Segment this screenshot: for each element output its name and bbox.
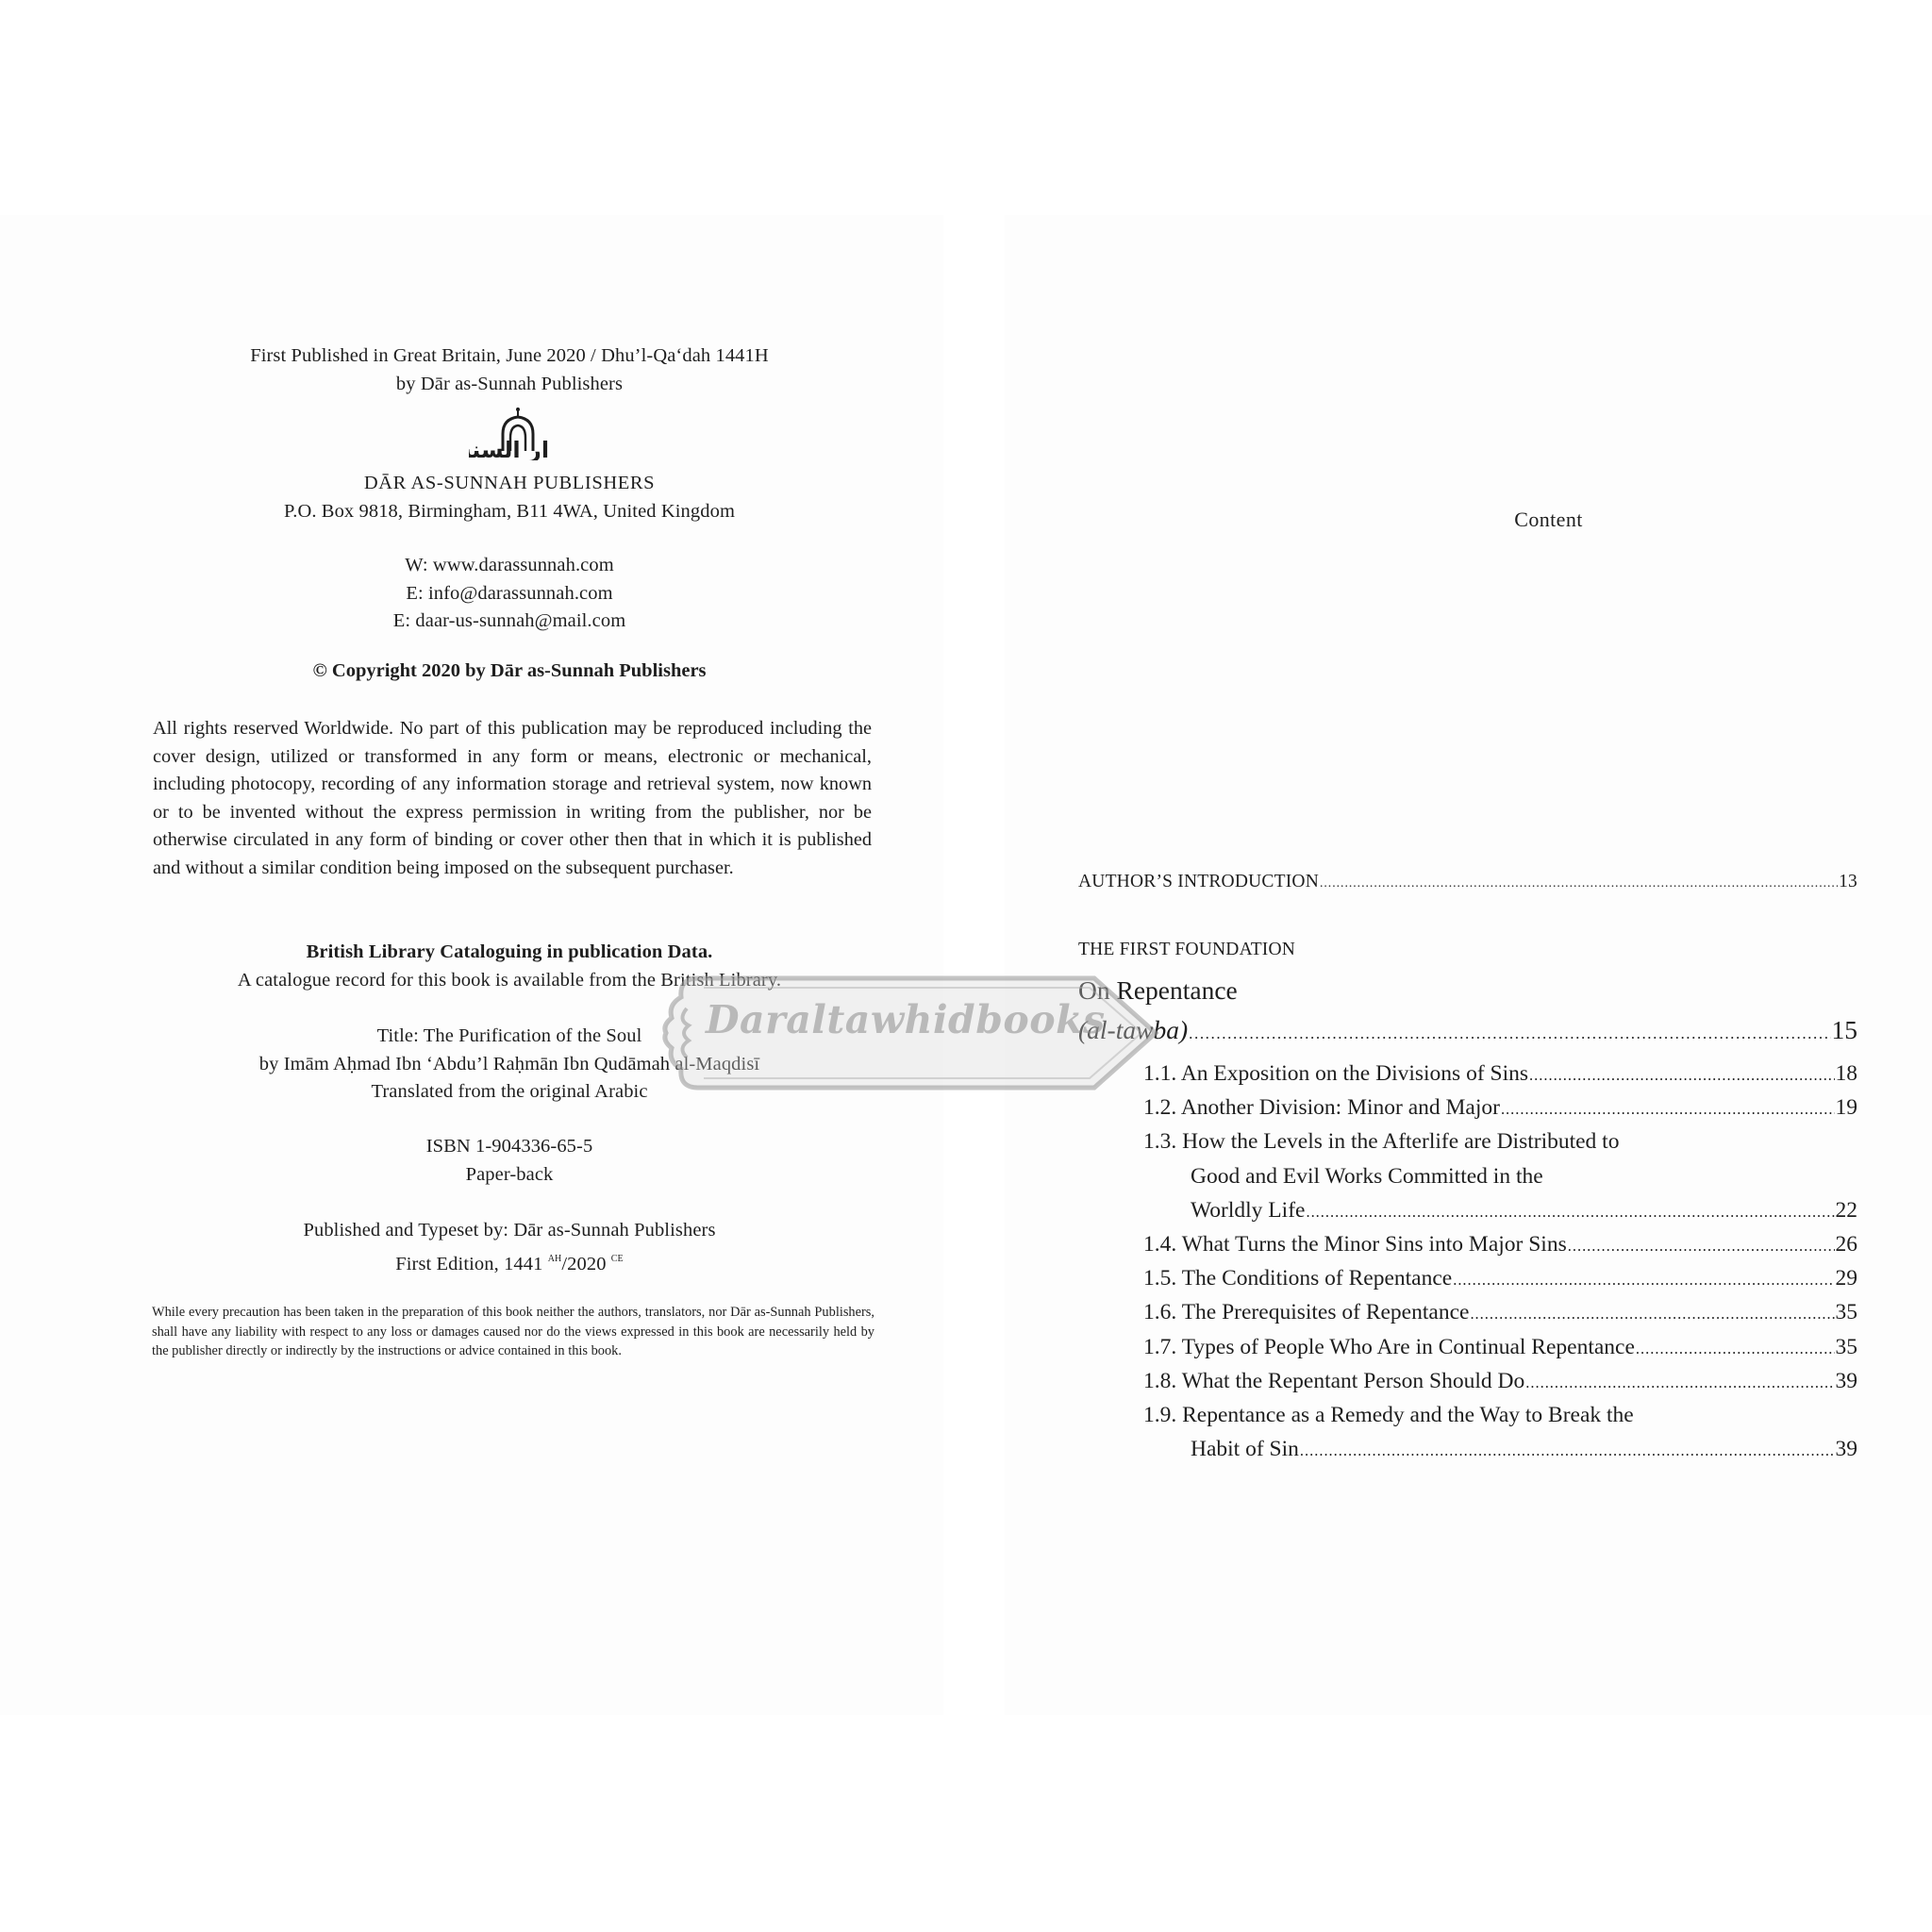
- copyright-page: First Published in Great Britain, June 2…: [0, 215, 943, 1715]
- toc-entry-title: Worldly Life: [1191, 1198, 1305, 1224]
- toc-entry-title-line: 1.9. Repentance as a Remedy and the Way …: [1143, 1403, 1634, 1428]
- toc-entry-foundation[interactable]: (al-tawba) 15: [1078, 1015, 1857, 1045]
- toc-entry[interactable]: 1.2. Another Division: Minor and Major 1…: [1143, 1095, 1857, 1121]
- book-info-block: Title: The Purification of the Soul by I…: [151, 1023, 868, 1107]
- toc-entry[interactable]: 1.7. Types of People Who Are in Continua…: [1143, 1335, 1857, 1360]
- edition-line: First Edition, 1441 AH/2020 CE: [151, 1245, 868, 1279]
- email-link-mail[interactable]: E: daar-us-sunnah@mail.com: [151, 608, 868, 636]
- book-title: Title: The Purification of the Soul: [151, 1023, 868, 1051]
- rights-reserved-paragraph: All rights reserved Worldwide. No part o…: [153, 715, 872, 883]
- cataloguing-text: A catalogue record for this book is avai…: [151, 967, 868, 995]
- toc-page-number: 22: [1836, 1198, 1858, 1224]
- dot-leader: [1189, 1024, 1830, 1043]
- toc-page-number: 35: [1836, 1335, 1858, 1360]
- cataloguing-heading: British Library Cataloguing in publicati…: [151, 939, 868, 967]
- copyright-notice: © Copyright 2020 by Dār as-Sunnah Publis…: [151, 660, 868, 682]
- contact-block: W: www.darassunnah.com E: info@darassunn…: [151, 552, 868, 636]
- toc-entry[interactable]: 1.6. The Prerequisites of Repentance35: [1143, 1300, 1857, 1325]
- isbn-number: ISBN 1-904336-65-5: [151, 1133, 868, 1161]
- toc-entry[interactable]: 1.4. What Turns the Minor Sins into Majo…: [1143, 1232, 1857, 1257]
- toc-entry-introduction[interactable]: AUTHOR’S INTRODUCTION 13: [1078, 872, 1857, 892]
- toc-page-number: 26: [1836, 1232, 1858, 1257]
- toc-entry-title: 1.5. The Conditions of Repentance: [1143, 1266, 1452, 1291]
- dot-leader: [1320, 875, 1838, 891]
- publisher-logo: دار السنة: [151, 404, 868, 460]
- foundation-subtitle: (al-tawba): [1078, 1015, 1188, 1045]
- first-published-line: First Published in Great Britain, June 2…: [151, 342, 868, 371]
- published-by-line: by Dār as-Sunnah Publishers: [151, 371, 868, 399]
- toc-page-number: 13: [1839, 872, 1857, 892]
- isbn-block: ISBN 1-904336-65-5 Paper-back: [151, 1133, 868, 1189]
- toc-entry[interactable]: Habit of Sin39: [1191, 1437, 1857, 1462]
- publisher-name: DĀR AS-SUNNAH PUBLISHERS: [151, 470, 868, 498]
- toc-page-number: 15: [1832, 1015, 1858, 1045]
- dot-leader: [1453, 1271, 1834, 1290]
- ce-suffix: CE: [611, 1254, 624, 1264]
- dot-leader: [1525, 1374, 1834, 1392]
- dot-leader: [1300, 1441, 1835, 1460]
- toc-page-number: 39: [1836, 1437, 1858, 1462]
- toc-entry[interactable]: 1.5. The Conditions of Repentance29: [1143, 1266, 1857, 1291]
- cataloguing-block: British Library Cataloguing in publicati…: [151, 939, 868, 994]
- dot-leader: [1470, 1305, 1834, 1324]
- website-link[interactable]: W: www.darassunnah.com: [151, 552, 868, 580]
- toc-page-number: 18: [1836, 1061, 1858, 1087]
- toc-entry-title-line: Good and Evil Works Committed in the: [1191, 1164, 1543, 1190]
- edition-year: /2020: [561, 1254, 610, 1274]
- toc-entry-title: 1.7. Types of People Who Are in Continua…: [1143, 1335, 1635, 1360]
- book-author: by Imām Aḥmad Ibn ‘Abdu’l Raḥmān Ibn Qud…: [151, 1051, 868, 1079]
- toc-entry-title: 1.6. The Prerequisites of Repentance: [1143, 1300, 1469, 1325]
- dot-leader: [1501, 1100, 1835, 1119]
- dot-leader: [1636, 1340, 1835, 1358]
- dar-as-sunnah-logo-icon: دار السنة: [469, 406, 550, 460]
- toc-entry[interactable]: 1.8. What the Repentant Person Should Do…: [1143, 1369, 1857, 1394]
- toc-entry-title: 1.8. What the Repentant Person Should Do: [1143, 1369, 1524, 1394]
- hijri-suffix: AH: [548, 1254, 562, 1264]
- liability-disclaimer: While every precaution has been taken in…: [152, 1303, 874, 1361]
- toc-entry-title: 1.4. What Turns the Minor Sins into Majo…: [1143, 1232, 1567, 1257]
- publisher-address-block: DĀR AS-SUNNAH PUBLISHERS P.O. Box 9818, …: [151, 470, 868, 525]
- edition-block: Published and Typeset by: Dār as-Sunnah …: [151, 1217, 868, 1278]
- toc-entry-title-line: 1.3. How the Levels in the Afterlife are…: [1143, 1129, 1619, 1155]
- toc-entry-title: Habit of Sin: [1191, 1437, 1299, 1462]
- edition-prefix: First Edition, 1441: [395, 1254, 547, 1274]
- svg-text:دار السنة: دار السنة: [469, 437, 550, 460]
- toc-page-number: 35: [1836, 1300, 1858, 1325]
- email-link-info[interactable]: E: info@darassunnah.com: [151, 580, 868, 608]
- book-format: Paper-back: [151, 1161, 868, 1190]
- toc-page-number: 29: [1836, 1266, 1858, 1291]
- foundation-label: THE FIRST FOUNDATION: [1078, 940, 1295, 960]
- toc-entry[interactable]: 1.1. An Exposition on the Divisions of S…: [1143, 1061, 1857, 1087]
- toc-page-number: 19: [1836, 1095, 1858, 1121]
- book-translation-note: Translated from the original Arabic: [151, 1078, 868, 1107]
- toc-entry[interactable]: Worldly Life22: [1191, 1198, 1857, 1224]
- toc-entry-title: 1.1. An Exposition on the Divisions of S…: [1143, 1061, 1528, 1087]
- dot-leader: [1568, 1237, 1835, 1256]
- toc-entry-title: 1.2. Another Division: Minor and Major: [1143, 1095, 1500, 1121]
- dot-leader: [1306, 1203, 1834, 1222]
- dot-leader: [1529, 1066, 1834, 1085]
- contents-heading: Content: [1005, 508, 1932, 532]
- typeset-line: Published and Typeset by: Dār as-Sunnah …: [151, 1217, 868, 1245]
- contents-page: Content AUTHOR’S INTRODUCTION 13 THE FIR…: [1005, 215, 1932, 1715]
- toc-page-number: 39: [1836, 1369, 1858, 1394]
- publication-info: First Published in Great Britain, June 2…: [151, 342, 868, 398]
- toc-entry-title: AUTHOR’S INTRODUCTION: [1078, 872, 1319, 892]
- foundation-title: On Repentance: [1078, 975, 1238, 1006]
- publisher-address: P.O. Box 9818, Birmingham, B11 4WA, Unit…: [151, 498, 868, 526]
